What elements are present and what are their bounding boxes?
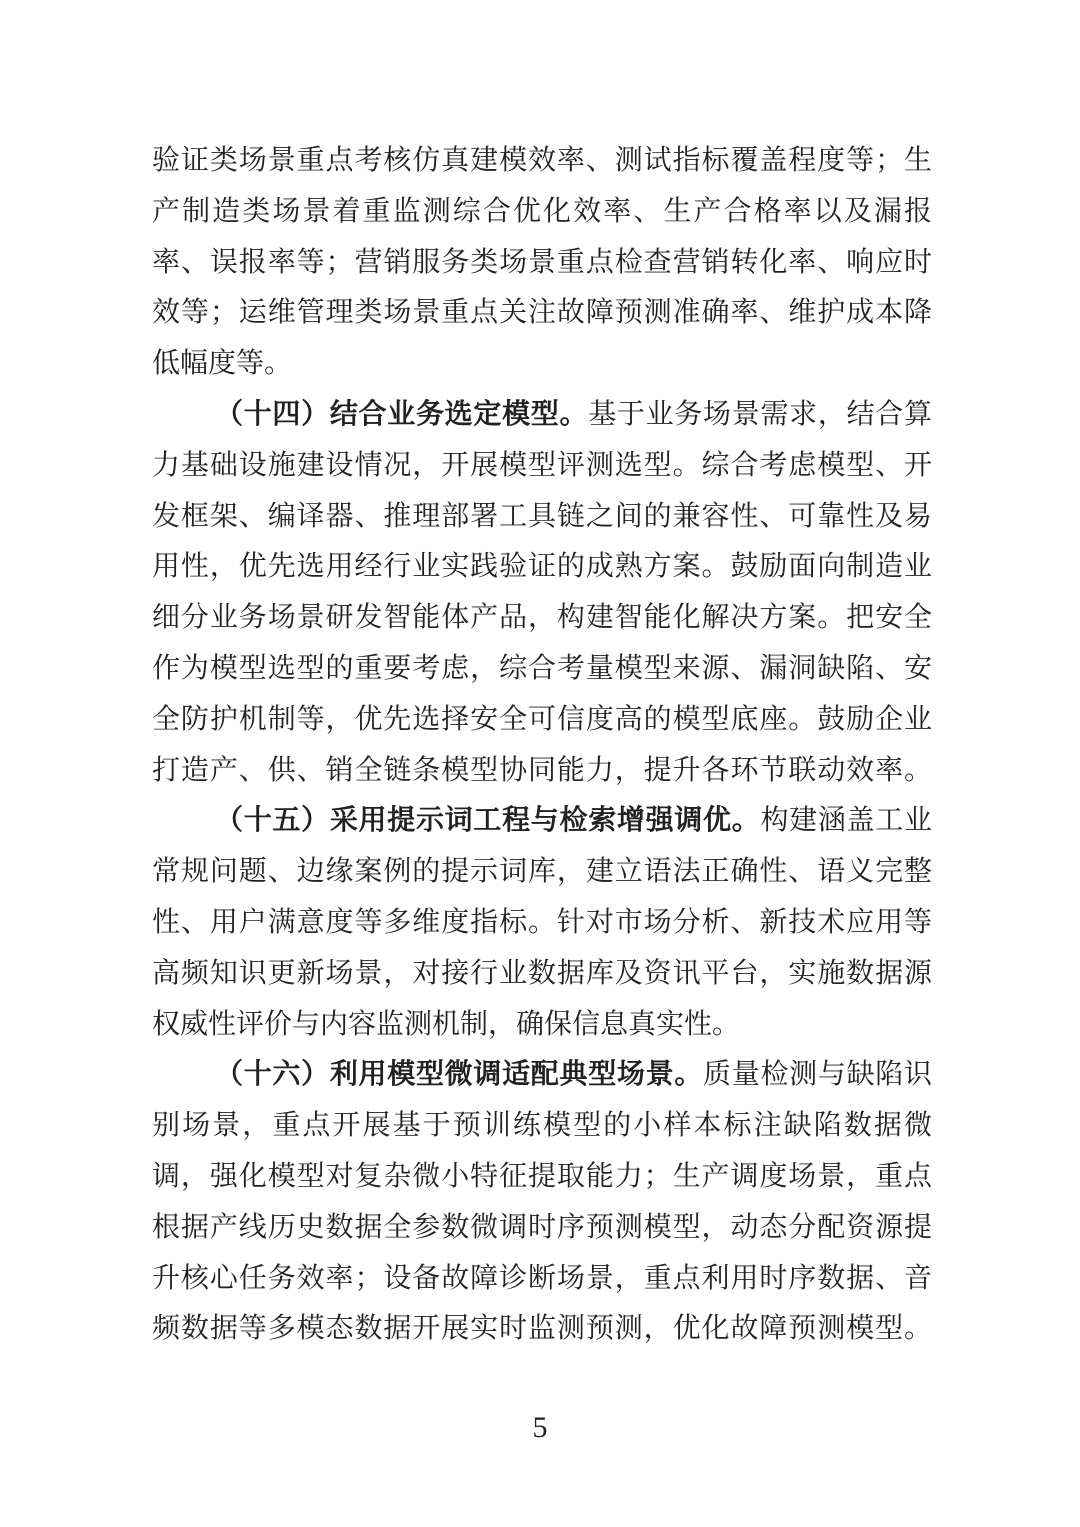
line-text: 低幅度等。 bbox=[152, 348, 292, 379]
line-text: 率、误报率等；营销服务类场景重点检查营销转化率、响应时 bbox=[152, 247, 932, 278]
text-line: （十六）利用模型微调适配典型场景。质量检测与缺陷识 bbox=[152, 1050, 932, 1101]
text-line: 调，强化模型对复杂微小特征提取能力；生产调度场景，重点 bbox=[152, 1152, 932, 1203]
line-text: 调，强化模型对复杂微小特征提取能力；生产调度场景，重点 bbox=[152, 1161, 932, 1192]
line-text: 力基础设施建设情况，开展模型评测选型。综合考虑模型、开 bbox=[152, 450, 932, 481]
line-text: 发框架、编译器、推理部署工具链之间的兼容性、可靠性及易 bbox=[152, 501, 932, 532]
paragraph-heading: （十六）利用模型微调适配典型场景。 bbox=[215, 1059, 703, 1090]
text-line: 高频知识更新场景，对接行业数据库及资讯平台，实施数据源 bbox=[152, 949, 932, 1000]
text-line: 细分业务场景研发智能体产品，构建智能化解决方案。把安全 bbox=[152, 593, 932, 644]
text-line: （十五）采用提示词工程与检索增强调优。构建涵盖工业 bbox=[152, 796, 932, 847]
line-text: 权威性评价与内容监测机制，确保信息真实性。 bbox=[152, 1009, 740, 1040]
text-line: 作为模型选型的重要考虑，综合考量模型来源、漏洞缺陷、安 bbox=[152, 644, 932, 695]
text-line: 根据产线历史数据全参数微调时序预测模型，动态分配资源提 bbox=[152, 1203, 932, 1254]
text-line: （十四）结合业务选定模型。基于业务场景需求，结合算 bbox=[152, 390, 932, 441]
line-text: 频数据等多模态数据开展实时监测预测，优化故障预测模型。 bbox=[152, 1313, 932, 1344]
line-text: 用性，优先选用经行业实践验证的成熟方案。鼓励面向制造业 bbox=[152, 551, 932, 582]
document-page: 验证类场景重点考核仿真建模效率、测试指标覆盖程度等；生产制造类场景着重监测综合优… bbox=[0, 0, 1080, 1527]
line-text: 产制造类场景着重监测综合优化效率、生产合格率以及漏报 bbox=[152, 196, 932, 227]
text-line: 产制造类场景着重监测综合优化效率、生产合格率以及漏报 bbox=[152, 187, 932, 238]
text-line: 升核心任务效率；设备故障诊断场景，重点利用时序数据、音 bbox=[152, 1254, 932, 1305]
text-line: 力基础设施建设情况，开展模型评测选型。综合考虑模型、开 bbox=[152, 441, 932, 492]
line-text: 验证类场景重点考核仿真建模效率、测试指标覆盖程度等；生 bbox=[152, 145, 932, 176]
line-text: 别场景，重点开展基于预训练模型的小样本标注缺陷数据微 bbox=[152, 1110, 932, 1141]
text-line: 打造产、供、销全链条模型协同能力，提升各环节联动效率。 bbox=[152, 746, 932, 797]
line-text: 效等；运维管理类场景重点关注故障预测准确率、维护成本降 bbox=[152, 297, 932, 328]
paragraph-heading: （十五）采用提示词工程与检索增强调优。 bbox=[215, 805, 760, 836]
line-text: 作为模型选型的重要考虑，综合考量模型来源、漏洞缺陷、安 bbox=[152, 653, 932, 684]
text-line: 发框架、编译器、推理部署工具链之间的兼容性、可靠性及易 bbox=[152, 492, 932, 543]
line-text: 打造产、供、销全链条模型协同能力，提升各环节联动效率。 bbox=[152, 755, 932, 786]
page-number: 5 bbox=[0, 1410, 1080, 1446]
text-line: 频数据等多模态数据开展实时监测预测，优化故障预测模型。 bbox=[152, 1304, 932, 1355]
text-line: 别场景，重点开展基于预训练模型的小样本标注缺陷数据微 bbox=[152, 1101, 932, 1152]
line-text: 根据产线历史数据全参数微调时序预测模型，动态分配资源提 bbox=[152, 1212, 932, 1243]
document-body: 验证类场景重点考核仿真建模效率、测试指标覆盖程度等；生产制造类场景着重监测综合优… bbox=[152, 136, 932, 1355]
line-text: 全防护机制等，优先选择安全可信度高的模型底座。鼓励企业 bbox=[152, 704, 932, 735]
text-line: 常规问题、边缘案例的提示词库，建立语法正确性、语义完整 bbox=[152, 847, 932, 898]
line-text: 升核心任务效率；设备故障诊断场景，重点利用时序数据、音 bbox=[152, 1263, 932, 1294]
text-line: 性、用户满意度等多维度指标。针对市场分析、新技术应用等 bbox=[152, 898, 932, 949]
line-text: 构建涵盖工业 bbox=[760, 805, 932, 836]
line-text: 基于业务场景需求，结合算 bbox=[588, 399, 932, 430]
text-line: 低幅度等。 bbox=[152, 339, 932, 390]
line-text: 常规问题、边缘案例的提示词库，建立语法正确性、语义完整 bbox=[152, 856, 932, 887]
text-line: 效等；运维管理类场景重点关注故障预测准确率、维护成本降 bbox=[152, 288, 932, 339]
line-text: 高频知识更新场景，对接行业数据库及资讯平台，实施数据源 bbox=[152, 958, 932, 989]
text-line: 验证类场景重点考核仿真建模效率、测试指标覆盖程度等；生 bbox=[152, 136, 932, 187]
text-line: 权威性评价与内容监测机制，确保信息真实性。 bbox=[152, 1000, 932, 1051]
line-text: 性、用户满意度等多维度指标。针对市场分析、新技术应用等 bbox=[152, 907, 932, 938]
text-line: 用性，优先选用经行业实践验证的成熟方案。鼓励面向制造业 bbox=[152, 542, 932, 593]
paragraph-heading: （十四）结合业务选定模型。 bbox=[215, 399, 588, 430]
text-line: 全防护机制等，优先选择安全可信度高的模型底座。鼓励企业 bbox=[152, 695, 932, 746]
line-text: 细分业务场景研发智能体产品，构建智能化解决方案。把安全 bbox=[152, 602, 932, 633]
text-line: 率、误报率等；营销服务类场景重点检查营销转化率、响应时 bbox=[152, 238, 932, 289]
line-text: 质量检测与缺陷识 bbox=[703, 1059, 932, 1090]
